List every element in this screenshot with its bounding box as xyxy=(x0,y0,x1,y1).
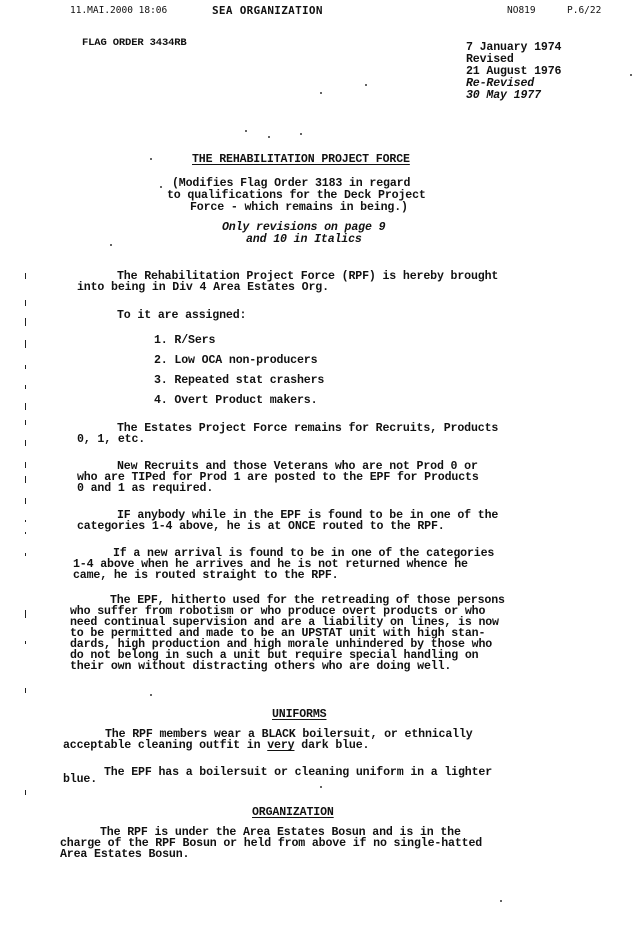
paragraph-line: 0 and 1 as required. xyxy=(77,483,213,495)
speck xyxy=(150,158,152,160)
date-rerevised: 30 May 1977 xyxy=(466,90,541,102)
margin-mark xyxy=(25,553,26,556)
paragraph-line: acceptable cleaning outfit in very dark … xyxy=(63,740,369,752)
paragraph-line: Area Estates Bosun. xyxy=(60,849,189,861)
margin-mark xyxy=(25,641,26,644)
margin-mark xyxy=(25,476,26,483)
list-item: 2. Low OCA non-producers xyxy=(154,355,317,367)
revision-note-line: and 10 in Italics xyxy=(246,234,362,246)
margin-mark xyxy=(25,532,26,534)
speck xyxy=(160,186,162,188)
margin-mark xyxy=(25,340,26,348)
flag-order-number: FLAG ORDER 3434RB xyxy=(82,37,187,49)
fax-header-title: SEA ORGANIZATION xyxy=(212,4,323,17)
speck xyxy=(320,92,322,94)
paragraph-line: their own without distracting others who… xyxy=(70,661,451,673)
speck xyxy=(320,786,322,788)
paragraph-line: blue. xyxy=(63,774,97,786)
fax-number: NO819 xyxy=(507,5,536,16)
margin-mark xyxy=(25,273,26,279)
fax-timestamp: 11.MAI.2000 18:06 xyxy=(70,5,167,16)
speck xyxy=(268,136,270,138)
uniforms-heading: UNIFORMS xyxy=(272,708,326,721)
margin-mark xyxy=(25,520,26,522)
paragraph-line: 0, 1, etc. xyxy=(77,434,145,446)
list-item: 4. Overt Product makers. xyxy=(154,395,317,407)
assigned-label: To it are assigned: xyxy=(117,310,246,322)
speck xyxy=(365,84,367,86)
speck xyxy=(500,900,502,902)
margin-mark xyxy=(25,365,26,369)
margin-mark xyxy=(25,440,26,446)
text-run: dark blue. xyxy=(294,739,369,752)
paragraph-line: into being in Div 4 Area Estates Org. xyxy=(77,282,329,294)
emphasis-very: very xyxy=(267,739,294,752)
margin-mark xyxy=(25,403,26,410)
list-item: 3. Repeated stat crashers xyxy=(154,375,324,387)
organization-heading: ORGANIZATION xyxy=(252,806,334,819)
fax-page-number: P.6/22 xyxy=(567,5,601,16)
margin-mark xyxy=(25,688,26,693)
margin-mark xyxy=(25,790,26,795)
text-run: acceptable cleaning outfit in xyxy=(63,739,267,752)
subtitle-line: Force - which remains in being.) xyxy=(190,202,408,214)
paragraph-line: The Estates Project Force remains for Re… xyxy=(117,423,498,435)
speck xyxy=(245,130,247,132)
margin-mark xyxy=(25,462,26,468)
paragraph-line: The EPF has a boilersuit or cleaning uni… xyxy=(104,767,492,779)
margin-mark xyxy=(25,610,26,618)
speck xyxy=(630,74,632,76)
list-item: 1. R/Sers xyxy=(154,335,215,347)
speck xyxy=(150,694,152,696)
margin-mark xyxy=(25,300,26,306)
margin-mark xyxy=(25,318,26,326)
margin-mark xyxy=(25,420,26,425)
paragraph-line: came, he is routed straight to the RPF. xyxy=(73,570,339,582)
margin-mark xyxy=(25,498,26,504)
document-title: THE REHABILITATION PROJECT FORCE xyxy=(192,153,410,166)
margin-mark xyxy=(25,385,26,389)
speck xyxy=(110,244,112,246)
speck xyxy=(300,133,302,135)
paragraph-line: categories 1-4 above, he is at ONCE rout… xyxy=(77,521,445,533)
